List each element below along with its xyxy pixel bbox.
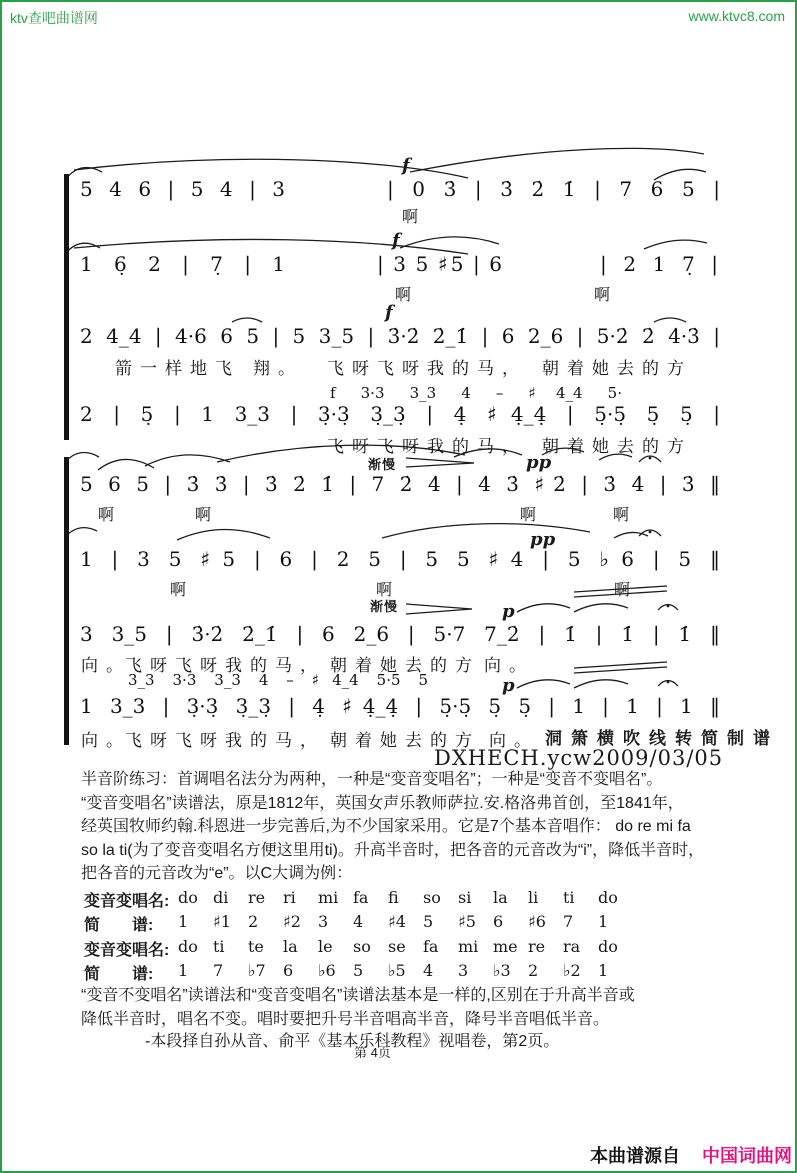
slur-arc [614, 532, 648, 538]
fermata-dot [649, 531, 652, 534]
dynamic-mark: f [385, 302, 393, 323]
lyric-ah: 啊 [195, 502, 211, 525]
solfege-cell: ri [283, 888, 318, 907]
solfege-cell: ♭5 [388, 961, 423, 980]
dynamic-mark: f [402, 155, 410, 176]
tempo-mark: 渐慢 [368, 454, 396, 473]
slur-arc [644, 240, 707, 249]
solfege-cell: la [283, 937, 318, 956]
solfege-cell: ♯1 [213, 912, 248, 931]
notes-line-2-left: 1 6̣ 2 | 7̣ | 1 [80, 252, 285, 276]
tempo-mark: 渐慢 [370, 596, 398, 615]
hairpin-line [406, 609, 472, 614]
source-citation: -本段择自孙从音、俞平《基本乐科教程》视唱卷，第2页。 [145, 1028, 559, 1051]
notes-line-8-upper-voice: 3_3 3·3 3_3 4 – ♯4_4 5·5 5 [128, 671, 428, 689]
slur-arc [517, 604, 570, 612]
notes-line-2-mid: | 3 5 ♯5 | 6 [377, 252, 502, 276]
phrase-slur [382, 524, 590, 538]
solfege-cell: ra [563, 937, 598, 956]
solfege-cell: do [178, 888, 213, 907]
solfege-cell: mi [458, 937, 493, 956]
solfege-cell: ♯2 [283, 912, 318, 931]
solfege-cell: re [528, 937, 563, 956]
solfege-cell: do [178, 937, 213, 956]
solfege-cell: se [388, 937, 423, 956]
solfege-cell: 7 [213, 961, 248, 980]
lyric-phrase: 箭一样地飞 [115, 354, 240, 379]
row-label: 简 谱: [84, 961, 178, 984]
slur-arc [400, 237, 499, 248]
solfege-cell: fa [423, 937, 458, 956]
phrase-slur [410, 148, 704, 172]
solfege-cell: 4 [423, 961, 458, 980]
lyric-ah: 啊 [170, 577, 186, 600]
fermata-icon [658, 681, 678, 687]
solfege-cell: 5 [353, 961, 388, 980]
solfege-cell: ti [563, 888, 598, 907]
solfege-cell: fa [353, 888, 388, 907]
fermata-dot [667, 605, 670, 608]
solfege-cell: mi [318, 888, 353, 907]
notes-line-1-left: 5 4 6 | 5 4 | 3 [80, 177, 285, 201]
solfege-cell: do [598, 888, 633, 907]
solfege-cell: ♯6 [528, 912, 563, 931]
lyric-ah: 啊 [402, 204, 418, 227]
lyric-ah: 啊 [98, 502, 114, 525]
solfege-cell: 3 [458, 961, 493, 980]
system-bracket [64, 457, 69, 745]
solfege-row-flat-names: 变音变唱名:dotitelalesosefamimererado [84, 937, 633, 960]
solfege-row-sharp-names: 变音变唱名:dodirerimifafisosilalitido [84, 888, 633, 911]
lyric-ah: 啊 [594, 282, 610, 305]
lyric-ah: 啊 [614, 577, 630, 600]
notes-line-6: 1 | 3 5 ♯5 | 6 | 2 5 | 5 5 ♯4 | 5 ♭6 | 5… [80, 547, 720, 571]
lyric-phrase: 翔。 [253, 354, 303, 379]
lyric-phrase: 向。 [81, 726, 131, 751]
solfege-row-flat-numbers: 简 谱:17♭76♭65♭543♭32♭21 [84, 961, 633, 984]
solfege-cell: 6 [283, 961, 318, 980]
transcriber-id-date: DXHECH.ycw2009/03/05 [434, 746, 723, 770]
theory-paragraph-1: 半音阶练习：首调唱名法分为两种，一种是“变音变唱名”；一种是“变音不变唱名”。“… [81, 768, 704, 886]
lyric-ah: 啊 [395, 282, 411, 305]
solfege-cell: 4 [353, 912, 388, 931]
tie-arc [232, 318, 262, 322]
footer-source-label: 本曲谱源自 [590, 1142, 680, 1168]
theory-text-line: “变音不变唱名”读谱法和“变音变唱名”读谱法基本是一样的,区别在于升高半音或 [81, 984, 635, 1008]
solfege-cell: 7 [563, 912, 598, 931]
hairpin-line [406, 463, 474, 467]
solfege-cell: ♯5 [458, 912, 493, 931]
solfege-cell: ti [213, 937, 248, 956]
solfege-cell: ♭3 [493, 961, 528, 980]
solfege-cell: 5 [423, 912, 458, 931]
solfege-cell: ♭6 [318, 961, 353, 980]
solfege-cell: li [528, 888, 563, 907]
lyric-phrase: 朝着她去的方 [542, 432, 692, 457]
lyric-phrase: 朝着她去的方 [542, 354, 692, 379]
solfege-row-sharp-numbers: 简 谱:1♯12♯234♯45♯56♯671 [84, 912, 633, 935]
lyric-phrase: 飞呀飞呀我的马， [125, 726, 325, 751]
notes-line-8: 1 3_3 | 3̣·3̣ 3̣_3̣ | 4̣ ♯4̣_4̣ | 5̣·5̣ … [80, 694, 720, 718]
solfege-cell: me [493, 937, 528, 956]
solfege-cell: 1 [598, 912, 633, 931]
row-label: 变音变唱名: [84, 937, 178, 960]
lyric-ah: 啊 [613, 502, 629, 525]
solfege-cell: 1 [178, 912, 213, 931]
row-label: 简 谱: [84, 912, 178, 935]
tie-arc [654, 318, 686, 322]
solfege-cell: 2 [528, 961, 563, 980]
notes-line-1-right: | 0 3̇ | 3̇ 2̇ 1̇ | 7 6 5 | [387, 177, 720, 201]
row-label: 变音变唱名: [84, 888, 178, 911]
notes-line-4: 2 | 5̣ | 1 3_3 | 3̣·3̣ 3̣_3̣ | 4̣ ♯4̣_4̣… [80, 402, 720, 426]
theory-paragraph-2: “变音不变唱名”读谱法和“变音变唱名”读谱法基本是一样的,区别在于升高半音或降低… [81, 984, 635, 1031]
notes-line-2-right: | 2 1 7̣ | [600, 252, 718, 276]
slur-arc [574, 680, 628, 688]
fermata-icon [658, 605, 678, 611]
slur-arc [145, 455, 230, 466]
notes-line-5: 5 6 5 | 3̇ 3̇ | 3̇ 2̇ 1̇ | 7 2̇ 4̇ | 4̇ … [80, 472, 720, 496]
theory-text-line: 经英国牧师约翰.科恩进一步完善后,为不少国家采用。它是7个基本音唱作： do r… [81, 815, 704, 839]
theory-text-line: so la ti(为了变音变唱名方便这里用ti)。升高半音时，把各音的元音改为“… [81, 839, 704, 863]
dynamic-mark: f [392, 230, 400, 251]
solfege-cell: 1 [598, 961, 633, 980]
dynamic-mark: p [502, 675, 515, 696]
lyric-phrase: 向。 [484, 651, 534, 676]
dynamic-mark: pp [526, 452, 551, 473]
solfege-cell: ♭7 [248, 961, 283, 980]
fermata-icon [639, 530, 661, 536]
slur-arc [65, 528, 97, 537]
hairpin-line [406, 604, 472, 609]
system-bracket [64, 174, 69, 440]
theory-text-line: “变音变唱名”读谱法，原是1812年，英国女声乐教师萨拉.安.格洛弗首创，至18… [81, 792, 704, 816]
hairpin-line [574, 662, 667, 668]
slur-arc [98, 459, 154, 470]
solfege-cell: ♭2 [563, 961, 598, 980]
solfege-cell: so [353, 937, 388, 956]
site-name[interactable]: ktv查吧曲谱网 [10, 8, 98, 28]
fermata-dot [649, 457, 652, 460]
solfege-cell: fi [388, 888, 423, 907]
solfege-cell: 2 [248, 912, 283, 931]
solfege-cell: te [248, 937, 283, 956]
solfege-cell: do [598, 937, 633, 956]
sheet-music-page: ktv查吧曲谱网 www.ktvc8.com [0, 0, 797, 1173]
theory-text-line: 半音阶练习：首调唱名法分为两种，一种是“变音变唱名”；一种是“变音不变唱名”。 [81, 768, 704, 792]
notes-line-7: 3 3_5 | 3̇·2̇ 2̇_1̇ | 6 2_6 | 5·7 7_2̇ |… [80, 622, 720, 646]
site-url[interactable]: www.ktvc8.com [689, 8, 785, 24]
footer-brand-link[interactable]: 中国词曲网 [702, 1142, 792, 1168]
lyric-phrase: 向。 [81, 651, 131, 676]
page-number-note: 第 4页 [354, 1042, 391, 1061]
lyric-phrase: 飞呀飞呀我的马， [327, 432, 527, 457]
dynamic-mark: p [502, 601, 515, 622]
fermata-dot [667, 681, 670, 684]
solfege-cell: si [458, 888, 493, 907]
hairpin-line [574, 667, 667, 673]
slur-arc [177, 529, 270, 540]
solfege-cell: 3 [318, 912, 353, 931]
solfege-cell: so [423, 888, 458, 907]
solfege-cell: la [493, 888, 528, 907]
lyric-ah: 啊 [520, 502, 536, 525]
theory-text-line: 把各音的元音改为“e”。以C大调为例： [81, 862, 704, 886]
notes-line-4-upper-voice: f 3·3 3_3 4 – ♯4_4 5· [330, 384, 622, 402]
slur-arc [65, 453, 99, 462]
solfege-cell: ♯4 [388, 912, 423, 931]
slur-arc [574, 604, 628, 612]
slur-arc [517, 680, 570, 688]
lyric-phrase: 飞呀飞呀我的马， [327, 354, 527, 379]
solfege-cell: re [248, 888, 283, 907]
solfege-cell: le [318, 937, 353, 956]
solfege-cell: di [213, 888, 248, 907]
solfege-cell: 6 [493, 912, 528, 931]
hairpin-line [406, 458, 474, 463]
solfege-cell: 1 [178, 961, 213, 980]
notes-line-3: 2 4_4 | 4·6 6 5 | 5 3_5 | 3̇·2̇ 2̇_1̇ | … [80, 324, 720, 348]
